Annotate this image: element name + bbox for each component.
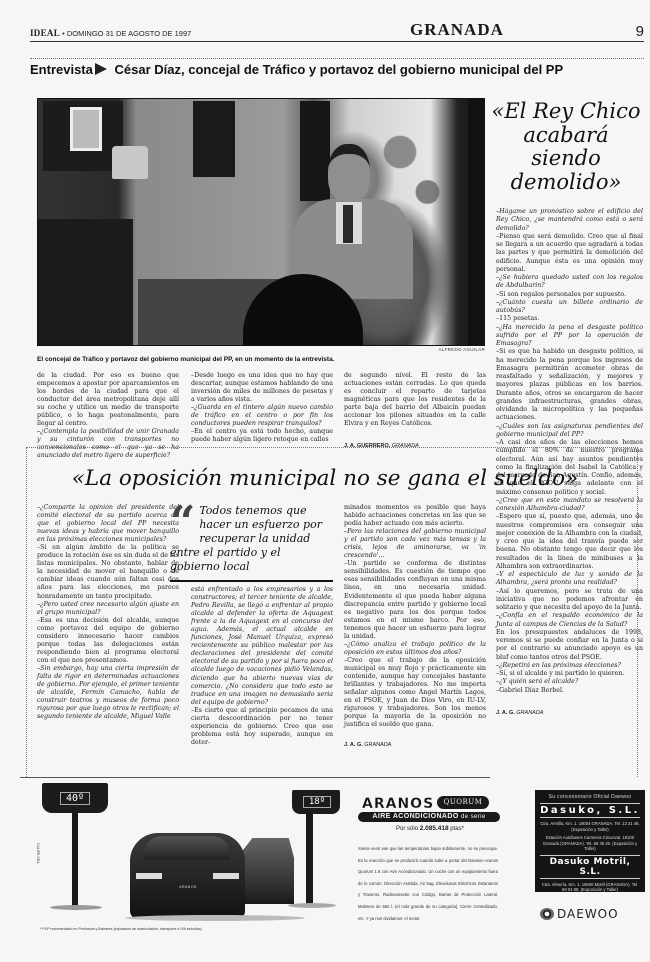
answer: –Creo que el trabajo de la oposición mun… [344, 657, 486, 729]
section-title: GRANADA [410, 20, 504, 40]
article1-col3: de segundo nivel. El resto de las actuac… [344, 372, 486, 450]
article2-col2: está enfrentado a los empresarios y a lo… [191, 586, 333, 747]
door [300, 101, 330, 201]
pull-quote: “ Todos tenemos que hacer un esfuerzo po… [170, 504, 333, 582]
article1-headline: «El Rey Chico acabará siendo demolido» [491, 100, 641, 194]
question: –¿Ha merecido la pena el desgaste políti… [496, 324, 643, 349]
desk [38, 219, 133, 346]
photo-credit: ALFREDO AGUILAR [400, 347, 485, 352]
temperature-display: 40º [60, 792, 90, 805]
photo-caption: El concejal de Tráfico y portavoz del go… [37, 356, 335, 363]
price-line: Por sólo 2.085.418 ptas* [370, 825, 490, 832]
daewoo-shell-icon [540, 908, 554, 920]
dealer-name: Dasuko, S.L. [540, 803, 640, 818]
thermometer-post-right [306, 800, 313, 906]
question: –¿Cómo analiza el trabajo político de la… [344, 641, 486, 657]
man-head [328, 144, 370, 202]
answer: –115 pesetas. [496, 315, 643, 323]
daewoo-logo: DAEWOO [540, 907, 619, 921]
paragraph: de segundo nivel. El resto de las actuac… [344, 372, 486, 428]
article1-col2: –Desde luego es una idea que no hay que … [191, 372, 333, 444]
answer: –Si son regalos personales por supuesto. [496, 291, 643, 299]
question: –Pero las relaciones del gobierno munici… [344, 528, 486, 560]
air-conditioning-banner: AIRE ACONDICIONADO de serie [358, 812, 500, 822]
answer: –Esa es una decisión del alcalde, aunque… [37, 617, 179, 665]
question: –¿Se hubiera quedado usted con los regal… [496, 274, 643, 291]
question: –¿Cuánto cuesta un billete ordinario de … [496, 299, 643, 316]
question: –¿Pero usted cree necesario algún ajuste… [37, 601, 179, 617]
article2-headline: «La oposición municipal no se gana el su… [0, 466, 650, 491]
lamp [112, 146, 148, 179]
question: –Hágame un pronóstico sobre el edificio … [496, 208, 643, 233]
interview-photo [37, 98, 485, 346]
ad-body-copy: Siente venir ese que las temperaturas ba… [358, 843, 498, 924]
ad-agency-note: CALIFE-SEA [36, 843, 40, 863]
car-badge: ARANOS [170, 885, 206, 889]
dealer-tag: Su concesionario Oficial Daewoo [540, 794, 640, 800]
answer: –Pienso que será demolido. Creo que al f… [496, 233, 643, 274]
masthead-left: IDEAL • DOMINGO 31 DE AGOSTO DE 1997 [30, 28, 191, 38]
dealer-address: Ctra. Armilla, Km. 1. 18004 GRANADA. Tel… [540, 821, 640, 832]
answer: –Un partido se conforma de distintas sen… [344, 560, 486, 640]
car-image: ARANOS [130, 833, 245, 919]
wall-picture [43, 101, 123, 171]
answer: –Si en algún ámbito de la política se pr… [37, 544, 179, 600]
dealer-address: Ctra. Almería, Km. 1. 18600 Motril (GRAN… [540, 882, 640, 893]
post-shadow [288, 903, 336, 908]
paper-name: IDEAL [30, 28, 60, 38]
edition-badge: QUORUM [437, 796, 489, 809]
paragraph: –En el centro ya está todo hecho, aunque… [191, 428, 333, 444]
post-shadow [50, 905, 102, 910]
answer: –Si es que ha habido un desgaste polític… [496, 348, 643, 422]
thermometer-sign-right: 18º [292, 790, 340, 814]
question: –Sin embargo, hay una cierta impresión d… [37, 665, 179, 721]
car-headlight [136, 873, 162, 879]
interview-kicker: Entrevista César Díaz, concejal de Tráfi… [30, 58, 644, 77]
dealer-name: Dasuko Motril, S.L. [540, 855, 640, 879]
ad-footnote: * PVP recomendado en Península y Baleare… [40, 927, 202, 931]
arrow-right-icon [95, 63, 107, 75]
dealer-address: Estación Autobuses Carretera Circunval. … [540, 835, 640, 852]
thermometer-sign-left: 40º [42, 783, 108, 813]
temperature-display: 18º [303, 796, 331, 808]
kicker-label: Entrevista [30, 62, 93, 77]
question: –¿Comparte la opinión del presidente del… [37, 504, 179, 544]
article2-col1: –¿Comparte la opinión del presidente del… [37, 504, 179, 721]
car-shadow [125, 915, 305, 921]
divider [20, 777, 490, 778]
question: –¿Guarda en el tintero algún nuevo cambi… [191, 404, 333, 428]
answer: minados momentos es posible que haya hab… [344, 504, 486, 528]
quote-marks-icon: “ [170, 508, 195, 536]
answer: –Es cierto que al principio pecamos de u… [191, 707, 333, 747]
question: –¿Cuáles son las asignaturas pendientes … [496, 423, 643, 440]
interviewee-role: concejal de Tráfico y portavoz del gobie… [188, 62, 563, 77]
man-tie [343, 205, 353, 243]
article2-col3: minados momentos es posible que haya hab… [344, 504, 486, 749]
interviewee-name: César Díaz, [115, 62, 185, 77]
car-open-door [242, 838, 294, 904]
car-windshield [144, 836, 230, 860]
page-masthead: IDEAL • DOMINGO 31 DE AGOSTO DE 1997 GRA… [30, 22, 644, 42]
car-headlight [213, 873, 239, 879]
paragraph: de la ciudad. Por eso es bueno que empec… [37, 372, 179, 428]
price-value: 2.085.418 [420, 825, 449, 832]
paragraph: –Desde luego es una idea que no hay que … [191, 372, 333, 404]
photo-edge [468, 99, 484, 346]
byline: J. A. G. GRANADA [344, 741, 486, 749]
window [193, 101, 235, 177]
page-number: 9 [636, 23, 644, 40]
question: está enfrentado a los empresarios y a lo… [191, 586, 333, 707]
dealer-box: Su concesionario Oficial Daewoo Dasuko, … [535, 790, 645, 892]
issue-date: DOMINGO 31 DE AGOSTO DE 1997 [67, 29, 192, 38]
